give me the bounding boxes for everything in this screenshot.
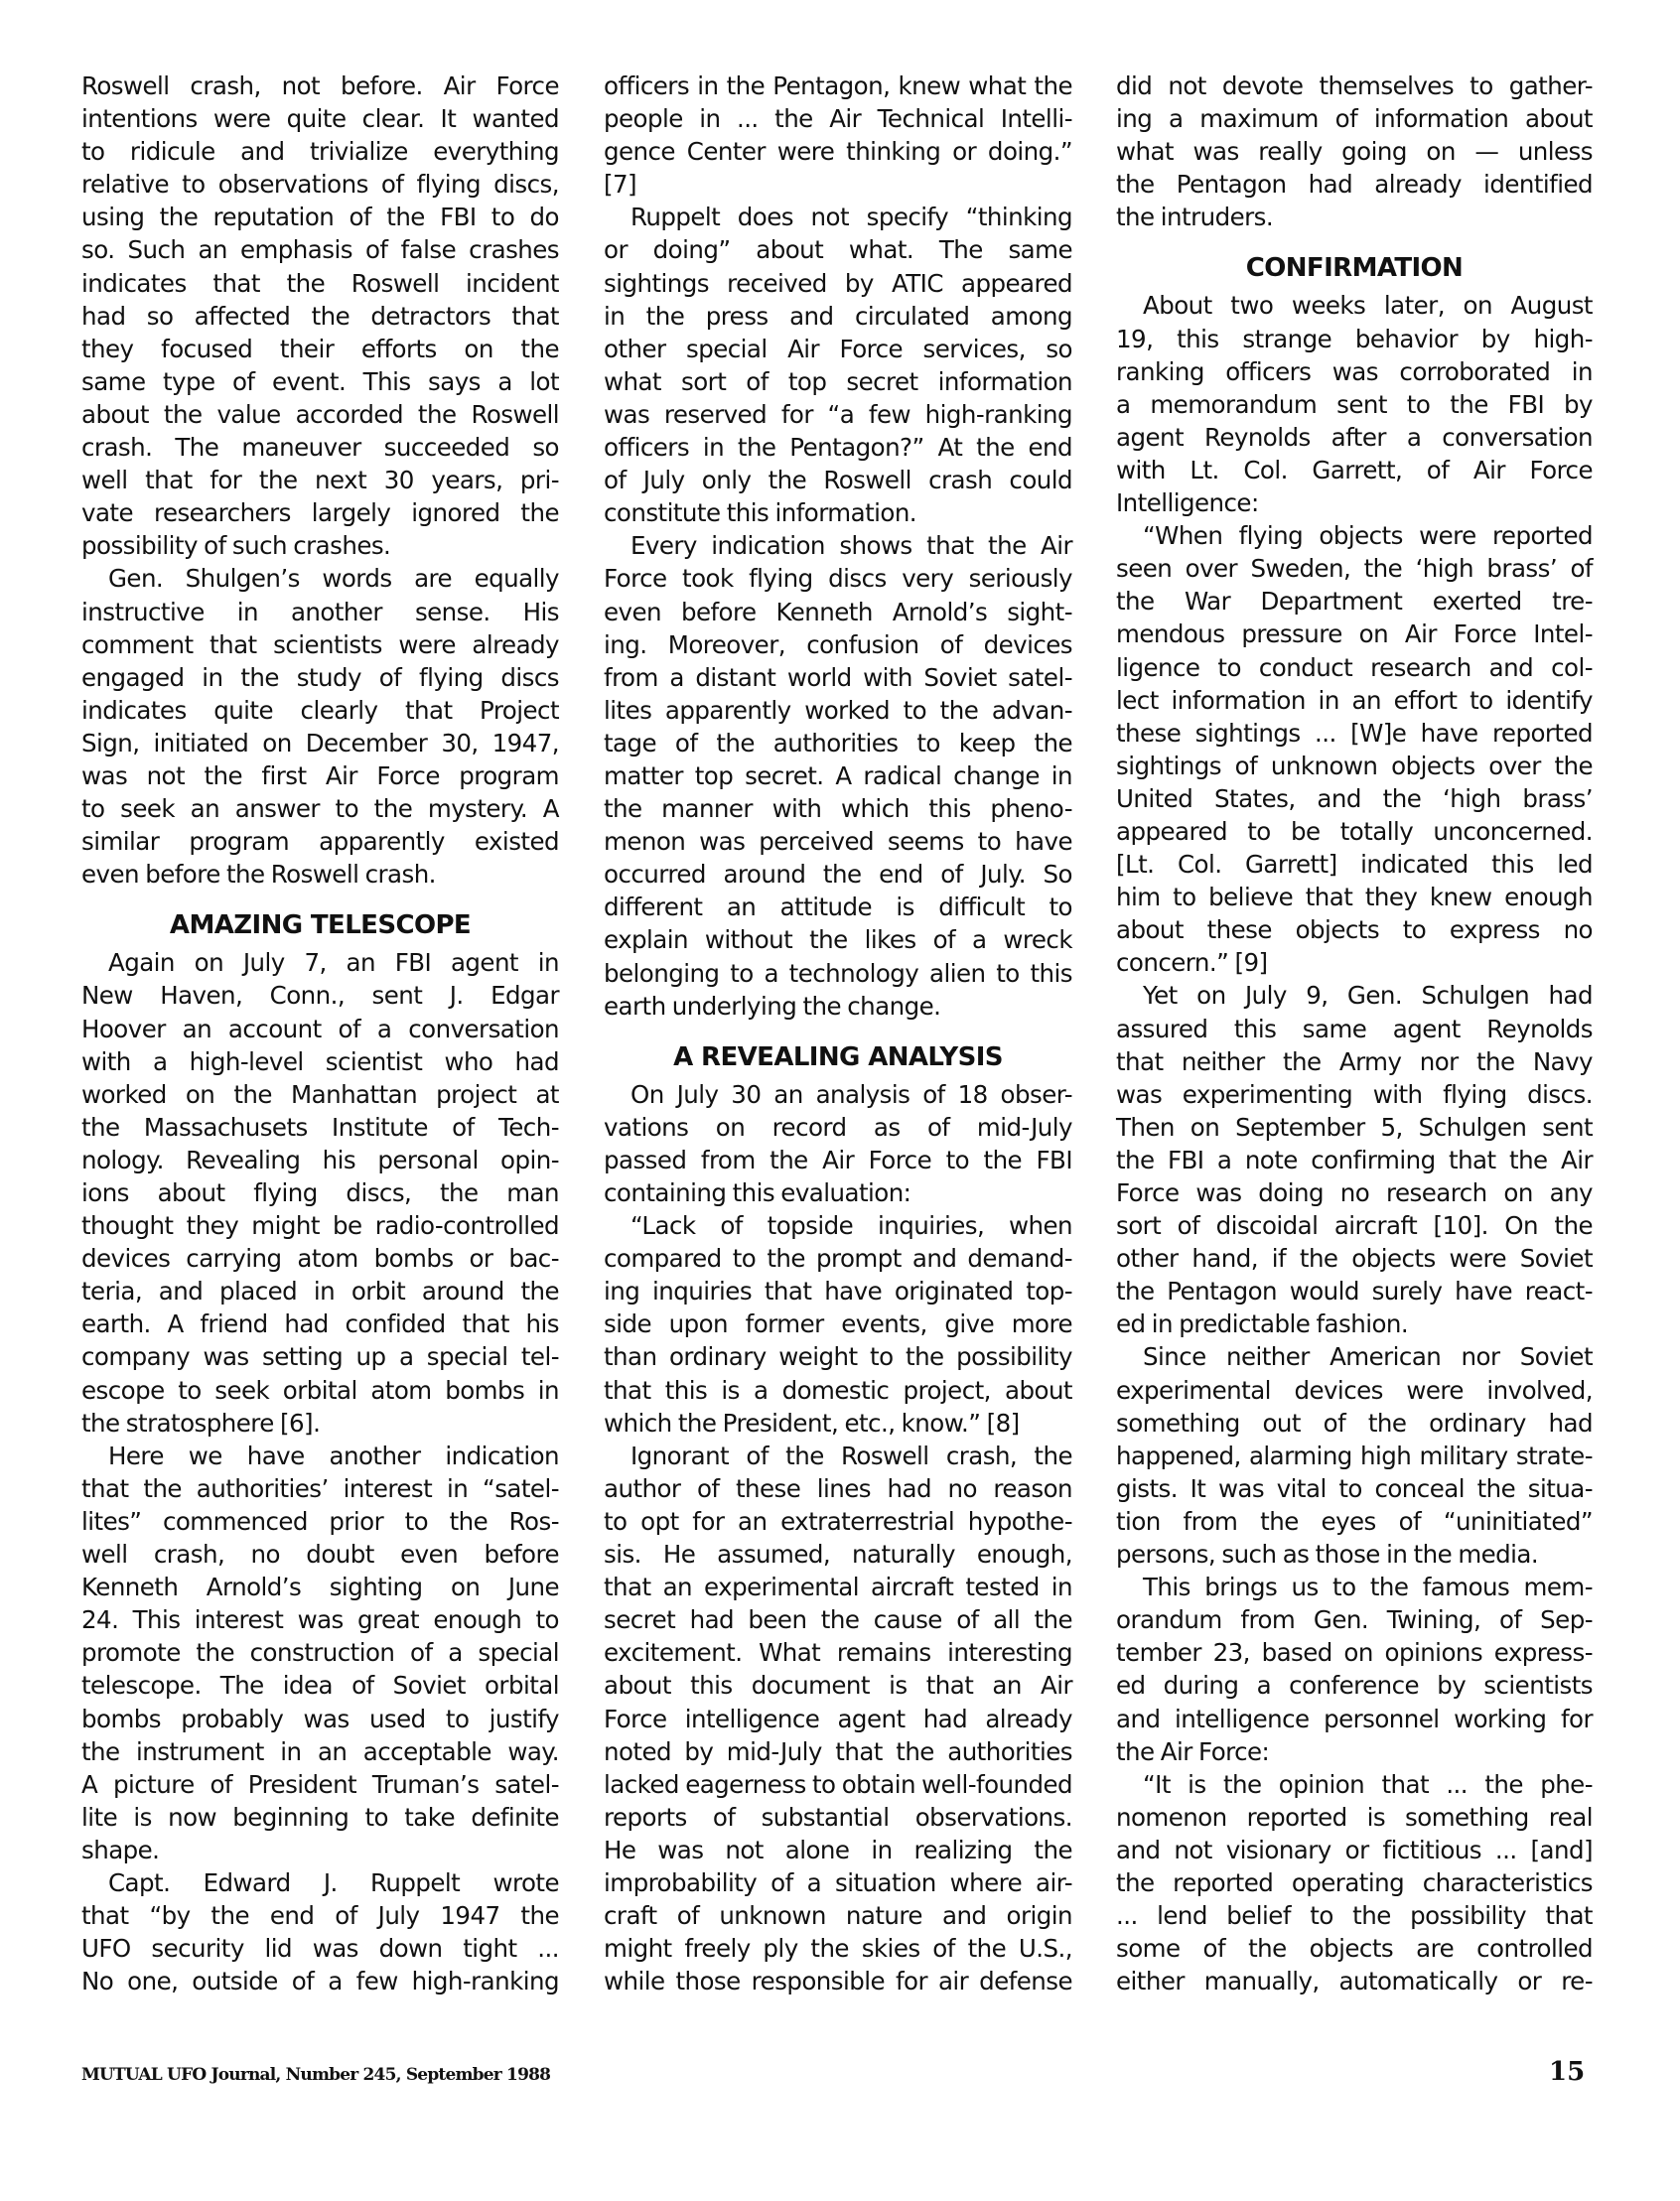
text-line: side upon former events, give more — [604, 1307, 1072, 1340]
text-line: intentions were quite clear. It wanted — [81, 102, 559, 135]
section-heading: AMAZING TELESCOPE — [81, 891, 559, 946]
text-line: craft of unknown nature and origin — [604, 1899, 1072, 1932]
text-line: devices carrying atom bombs or bac- — [81, 1242, 559, 1275]
text-line: persons, such as those in the media. — [1116, 1538, 1593, 1571]
article-column-3: did not devote themselves to gather-ing … — [1116, 69, 1593, 1997]
text-line: escope to seek orbital atom bombs in — [81, 1374, 559, 1407]
text-line: bombs probably was used to justify — [81, 1703, 559, 1735]
text-line: the War Department exerted tre- — [1116, 585, 1593, 618]
text-line: that this is a domestic project, about — [604, 1374, 1072, 1407]
text-line: nology. Revealing his personal opin- — [81, 1144, 559, 1176]
text-line: compared to the prompt and demand- — [604, 1242, 1072, 1275]
text-line: orandum from Gen. Twining, of Sep- — [1116, 1603, 1593, 1636]
text-line: they focused their efforts on the — [81, 333, 559, 365]
paragraph: “Lack of topside inquiries, whencompared… — [604, 1209, 1072, 1440]
text-line: lites” commenced prior to the Ros- — [81, 1505, 559, 1538]
text-line: No one, outside of a few high-ranking — [81, 1965, 559, 1997]
text-line: similar program apparently existed — [81, 825, 559, 858]
text-line: A picture of President Truman’s satel- — [81, 1768, 559, 1801]
paragraph: Yet on July 9, Gen. Schulgen hadassured … — [1116, 979, 1593, 1340]
text-line: containing this evaluation: — [604, 1176, 1072, 1209]
text-line: vations on record as of mid-July — [604, 1111, 1072, 1144]
text-line: to seek an answer to the mystery. A — [81, 792, 559, 825]
text-line: experimental devices were involved, — [1116, 1374, 1593, 1407]
text-line: officers in the Pentagon?” At the end — [604, 431, 1072, 464]
text-line: Roswell crash, not before. Air Force — [81, 69, 559, 102]
text-line: that the authorities’ interest in “satel… — [81, 1472, 559, 1505]
paragraph: Ignorant of the Roswell crash, theauthor… — [604, 1440, 1072, 1998]
text-line: reports of substantial observations. — [604, 1801, 1072, 1834]
text-line: ed during a conference by scientists — [1116, 1669, 1593, 1702]
paragraph: Every indication shows that the AirForce… — [604, 529, 1072, 1022]
text-line: This brings us to the famous mem- — [1116, 1571, 1593, 1603]
text-line: people in ... the Air Technical Intelli- — [604, 102, 1072, 135]
text-line: was experimenting with flying discs. — [1116, 1078, 1593, 1111]
text-line: ing a maximum of information about — [1116, 102, 1593, 135]
text-line: ligence to conduct research and col- — [1116, 651, 1593, 684]
paragraph: Here we have another indicationthat the … — [81, 1440, 559, 1866]
text-line: concern.” [9] — [1116, 946, 1593, 979]
text-line: agent Reynolds after a conversation — [1116, 421, 1593, 454]
article-column-2: officers in the Pentagon, knew what thep… — [604, 69, 1072, 1997]
text-line: Then on September 5, Schulgen sent — [1116, 1111, 1593, 1144]
paragraph: “When flying objects were reportedseen o… — [1116, 519, 1593, 979]
text-line: was reserved for “a few high-ranking — [604, 398, 1072, 431]
text-line: than ordinary weight to the possibility — [604, 1340, 1072, 1373]
text-line: constitute this information. — [604, 496, 1072, 529]
text-line: sis. He assumed, naturally enough, — [604, 1538, 1072, 1571]
text-line: might freely ply the skies of the U.S., — [604, 1932, 1072, 1965]
text-line: improbability of a situation where air- — [604, 1866, 1072, 1899]
text-line: the intruders. — [1116, 201, 1593, 233]
text-line: same type of event. This says a lot — [81, 365, 559, 398]
text-line: instructive in another sense. His — [81, 596, 559, 628]
text-line: well that for the next 30 years, pri- — [81, 464, 559, 496]
text-line: UFO security lid was down tight ... — [81, 1932, 559, 1965]
text-line: passed from the Air Force to the FBI — [604, 1144, 1072, 1176]
text-line: [Lt. Col. Garrett] indicated this led — [1116, 848, 1593, 881]
text-line: teria, and placed in orbit around the — [81, 1275, 559, 1307]
text-line: the instrument in an acceptable way. — [81, 1735, 559, 1768]
text-line: Capt. Edward J. Ruppelt wrote — [81, 1866, 559, 1899]
text-line: the stratosphere [6]. — [81, 1407, 559, 1440]
text-line: About two weeks later, on August — [1116, 289, 1593, 322]
paragraph: Roswell crash, not before. Air Forceinte… — [81, 69, 559, 562]
text-line: that an experimental aircraft tested in — [604, 1571, 1072, 1603]
paragraph: officers in the Pentagon, knew what thep… — [604, 69, 1072, 201]
text-line: the Massachusets Institute of Tech- — [81, 1111, 559, 1144]
text-line: ing inquiries that have originated top- — [604, 1275, 1072, 1307]
text-line: did not devote themselves to gather- — [1116, 69, 1593, 102]
text-line: other special Air Force services, so — [604, 333, 1072, 365]
text-line: lite is now beginning to take definite — [81, 1801, 559, 1834]
text-line: tage of the authorities to keep the — [604, 727, 1072, 759]
text-line: vate researchers largely ignored the — [81, 496, 559, 529]
text-line: him to believe that they knew enough — [1116, 881, 1593, 913]
text-line: the manner with which this pheno- — [604, 792, 1072, 825]
text-line: or doing” about what. The same — [604, 233, 1072, 266]
text-line: Gen. Shulgen’s words are equally — [81, 562, 559, 595]
text-line: lect information in an effort to identif… — [1116, 684, 1593, 717]
text-line: excitement. What remains interesting — [604, 1636, 1072, 1669]
text-line: Since neither American nor Soviet — [1116, 1340, 1593, 1373]
text-line: nomenon reported is something real — [1116, 1801, 1593, 1834]
text-line: Force was doing no research on any — [1116, 1176, 1593, 1209]
text-line: other hand, if the objects were Soviet — [1116, 1242, 1593, 1275]
text-line: tember 23, based on opinions express- — [1116, 1636, 1593, 1669]
text-line: the FBI a note confirming that the Air — [1116, 1144, 1593, 1176]
text-line: New Haven, Conn., sent J. Edgar — [81, 979, 559, 1012]
text-line: even before Kenneth Arnold’s sight- — [604, 596, 1072, 628]
text-line: lacked eagerness to obtain well-founded — [604, 1768, 1072, 1801]
text-line: the Pentagon had already identified — [1116, 168, 1593, 201]
text-line: using the reputation of the FBI to do — [81, 201, 559, 233]
text-line: what sort of top secret information — [604, 365, 1072, 398]
text-line: and not visionary or fictitious ... [and… — [1116, 1834, 1593, 1866]
text-line: “When flying objects were reported — [1116, 519, 1593, 552]
text-line: menon was perceived seems to have — [604, 825, 1072, 858]
text-line: officers in the Pentagon, knew what the — [604, 69, 1072, 102]
text-line: to opt for an extraterrestrial hypothe- — [604, 1505, 1072, 1538]
text-line: “It is the opinion that ... the phe- — [1116, 1768, 1593, 1801]
text-line: while those responsible for air defense — [604, 1965, 1072, 1997]
text-line: possibility of such crashes. — [81, 529, 559, 562]
text-line: ranking officers was corroborated in — [1116, 355, 1593, 388]
text-line: company was setting up a special tel- — [81, 1340, 559, 1373]
text-line: indicates quite clearly that Project — [81, 694, 559, 727]
text-line: well crash, no doubt even before — [81, 1538, 559, 1571]
text-line: seen over Sweden, the ‘high brass’ of — [1116, 552, 1593, 585]
text-line: Sign, initiated on December 30, 1947, — [81, 727, 559, 759]
text-line: explain without the likes of a wreck — [604, 923, 1072, 956]
text-line: about the value accorded the Roswell — [81, 398, 559, 431]
text-line: Ruppelt does not specify “thinking — [604, 201, 1072, 233]
text-line: either manually, automatically or re- — [1116, 1965, 1593, 1997]
text-line: Every indication shows that the Air — [604, 529, 1072, 562]
page-number: 15 — [1549, 2057, 1585, 2087]
text-line: that “by the end of July 1947 the — [81, 1899, 559, 1932]
text-line: indicates that the Roswell incident — [81, 267, 559, 300]
paragraph: did not devote themselves to gather-ing … — [1116, 69, 1593, 233]
text-line: was not the first Air Force program — [81, 759, 559, 792]
text-line: secret had been the cause of all the — [604, 1603, 1072, 1636]
text-line: some of the objects are controlled — [1116, 1932, 1593, 1965]
text-line: earth. A friend had confided that his — [81, 1307, 559, 1340]
text-line: ed in predictable fashion. — [1116, 1307, 1593, 1340]
paragraph: Gen. Shulgen’s words are equallyinstruct… — [81, 562, 559, 891]
text-line: Hoover an account of a conversation — [81, 1013, 559, 1045]
text-line: these sightings ... [W]e have reported — [1116, 717, 1593, 750]
text-line: telescope. The idea of Soviet orbital — [81, 1669, 559, 1702]
text-line: that neither the Army nor the Navy — [1116, 1045, 1593, 1078]
section-heading: A REVEALING ANALYSIS — [604, 1023, 1072, 1078]
text-line: engaged in the study of flying discs — [81, 661, 559, 694]
text-line: belonging to a technology alien to this — [604, 957, 1072, 990]
text-line: different an attitude is difficult to — [604, 891, 1072, 923]
text-line: Force intelligence agent had already — [604, 1703, 1072, 1735]
text-line: of July only the Roswell crash could — [604, 464, 1072, 496]
text-line: comment that scientists were already — [81, 628, 559, 661]
text-line: the Air Force: — [1116, 1735, 1593, 1768]
text-line: about these objects to express no — [1116, 913, 1593, 946]
text-line: a memorandum sent to the FBI by — [1116, 388, 1593, 421]
text-line: from a distant world with Soviet satel- — [604, 661, 1072, 694]
text-line: occurred around the end of July. So — [604, 858, 1072, 891]
text-line: Ignorant of the Roswell crash, the — [604, 1440, 1072, 1472]
text-line: United States, and the ‘high brass’ — [1116, 782, 1593, 815]
text-line: which the President, etc., know.” [8] — [604, 1407, 1072, 1440]
text-line: in the press and circulated among — [604, 300, 1072, 333]
text-line: to ridicule and trivialize everything — [81, 135, 559, 168]
article-column-1: Roswell crash, not before. Air Forceinte… — [81, 69, 559, 1997]
text-line: the Pentagon would surely have react- — [1116, 1275, 1593, 1307]
text-line: sightings received by ATIC appeared — [604, 267, 1072, 300]
text-line: promote the construction of a special — [81, 1636, 559, 1669]
text-line: with Lt. Col. Garrett, of Air Force — [1116, 454, 1593, 486]
text-line: worked on the Manhattan project at — [81, 1078, 559, 1111]
text-line: appeared to be totally unconcerned. — [1116, 815, 1593, 848]
text-line: matter top secret. A radical change in — [604, 759, 1072, 792]
text-line: mendous pressure on Air Force Intel- — [1116, 618, 1593, 650]
text-line: the reported operating characteristics — [1116, 1866, 1593, 1899]
paragraph: On July 30 an analysis of 18 obser-vatio… — [604, 1078, 1072, 1209]
publication-footer: MUTUAL UFO Journal, Number 245, Septembe… — [81, 2065, 550, 2085]
paragraph: Since neither American nor Sovietexperim… — [1116, 1340, 1593, 1571]
text-line: [7] — [604, 168, 1072, 201]
text-line: He was not alone in realizing the — [604, 1834, 1072, 1866]
text-line: lites apparently worked to the advan- — [604, 694, 1072, 727]
section-heading: CONFIRMATION — [1116, 233, 1593, 289]
text-line: and intelligence personnel working for — [1116, 1703, 1593, 1735]
paragraph: Capt. Edward J. Ruppelt wrotethat “by th… — [81, 1866, 559, 1997]
text-line: Force took flying discs very seriously — [604, 562, 1072, 595]
text-line: what was really going on — unless — [1116, 135, 1593, 168]
text-line: ... lend belief to the possibility that — [1116, 1899, 1593, 1932]
text-line: sightings of unknown objects over the — [1116, 750, 1593, 782]
paragraph: Ruppelt does not specify “thinkingor doi… — [604, 201, 1072, 529]
text-line: so. Such an emphasis of false crashes — [81, 233, 559, 266]
text-line: with a high-level scientist who had — [81, 1045, 559, 1078]
paragraph: “It is the opinion that ... the phe-nome… — [1116, 1768, 1593, 1998]
text-line: gence Center were thinking or doing.” — [604, 135, 1072, 168]
text-line: even before the Roswell crash. — [81, 858, 559, 891]
text-line: 19, this strange behavior by high- — [1116, 323, 1593, 355]
text-line: shape. — [81, 1834, 559, 1866]
text-line: ing. Moreover, confusion of devices — [604, 628, 1072, 661]
text-line: had so affected the detractors that — [81, 300, 559, 333]
text-line: tion from the eyes of “uninitiated” — [1116, 1505, 1593, 1538]
paragraph: Again on July 7, an FBI agent inNew Have… — [81, 946, 559, 1439]
text-line: something out of the ordinary had — [1116, 1407, 1593, 1440]
text-line: Yet on July 9, Gen. Schulgen had — [1116, 979, 1593, 1012]
text-line: earth underlying the change. — [604, 990, 1072, 1023]
text-line: 24. This interest was great enough to — [81, 1603, 559, 1636]
text-line: On July 30 an analysis of 18 obser- — [604, 1078, 1072, 1111]
text-line: crash. The maneuver succeeded so — [81, 431, 559, 464]
text-line: Kenneth Arnold’s sighting on June — [81, 1571, 559, 1603]
text-line: assured this same agent Reynolds — [1116, 1013, 1593, 1045]
text-line: about this document is that an Air — [604, 1669, 1072, 1702]
text-line: author of these lines had no reason — [604, 1472, 1072, 1505]
text-line: ions about flying discs, the man — [81, 1176, 559, 1209]
text-line: Here we have another indication — [81, 1440, 559, 1472]
text-line: Again on July 7, an FBI agent in — [81, 946, 559, 979]
text-line: gists. It was vital to conceal the situa… — [1116, 1472, 1593, 1505]
text-line: sort of discoidal aircraft [10]. On the — [1116, 1209, 1593, 1242]
paragraph: About two weeks later, on August19, this… — [1116, 289, 1593, 519]
text-line: “Lack of topside inquiries, when — [604, 1209, 1072, 1242]
paragraph: This brings us to the famous mem-orandum… — [1116, 1571, 1593, 1768]
text-line: Intelligence: — [1116, 486, 1593, 519]
text-line: happened, alarming high military strate- — [1116, 1440, 1593, 1472]
text-line: noted by mid-July that the authorities — [604, 1735, 1072, 1768]
text-line: relative to observations of flying discs… — [81, 168, 559, 201]
text-line: thought they might be radio-controlled — [81, 1209, 559, 1242]
